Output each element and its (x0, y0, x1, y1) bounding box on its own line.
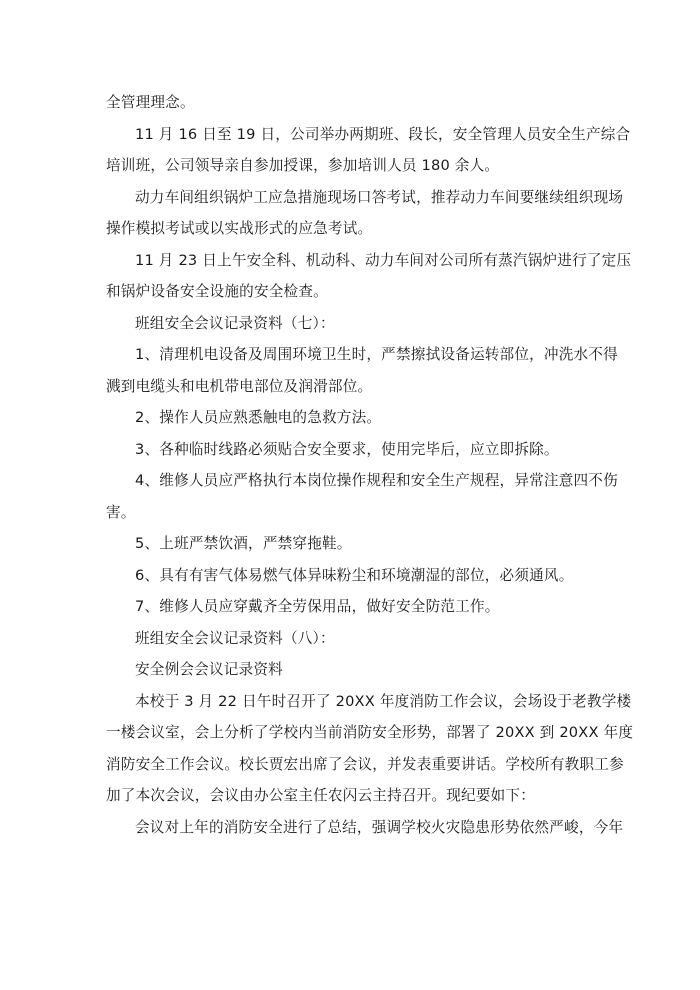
list-item: 7、维修人员应穿戴齐全劳保用品，做好安全防范工作。 (106, 593, 594, 625)
text-line: 害。 (106, 499, 594, 531)
text-line: 培训班，公司领导亲自参加授课，参加培训人员 180 余人。 (106, 152, 594, 184)
text-line: 和锅炉设备安全设施的安全检查。 (106, 278, 594, 310)
text-line: 11 月 16 日至 19 日，公司举办两期班、段长，安全管理人员安全生产综合 (106, 121, 594, 153)
text-line: 全管理理念。 (106, 89, 594, 121)
section-heading: 班组安全会议记录资料（八）： (106, 625, 594, 657)
text-line: 会议对上年的消防安全进行了总结，强调学校火灾隐患形势依然严峻，今年 (106, 814, 594, 846)
text-line: 溅到电缆头和电机带电部位及润滑部位。 (106, 373, 594, 405)
list-item: 5、上班严禁饮酒，严禁穿拖鞋。 (106, 530, 594, 562)
section-subheading: 安全例会会议记录资料 (106, 656, 594, 688)
text-line: 加了本次会议，会议由办公室主任农闪云主持召开。现纪要如下： (106, 782, 594, 814)
list-item: 6、具有有害气体易燃气体异味粉尘和环境潮湿的部位，必须通风。 (106, 562, 594, 594)
list-item: 2、操作人员应熟悉触电的急救方法。 (106, 404, 594, 436)
text-line: 本校于 3 月 22 日午时召开了 20XX 年度消防工作会议，会场设于老教学楼 (106, 688, 594, 720)
text-line: 动力车间组织锅炉工应急措施现场口答考试，推荐动力车间要继续组织现场 (106, 184, 594, 216)
list-item: 1、清理机电设备及周围环境卫生时，严禁擦拭设备运转部位，冲洗水不得 (106, 341, 594, 373)
document-page: 全管理理念。 11 月 16 日至 19 日，公司举办两期班、段长，安全管理人员… (106, 89, 594, 845)
list-item: 4、维修人员应严格执行本岗位操作规程和安全生产规程，异常注意四不伤 (106, 467, 594, 499)
text-line: 11 月 23 日上午安全科、机动科、动力车间对公司所有蒸汽锅炉进行了定压 (106, 247, 594, 279)
text-line: 消防安全工作会议。校长贾宏出席了会议，并发表重要讲话。学校所有教职工参 (106, 751, 594, 783)
text-line: 操作模拟考试或以实战形式的应急考试。 (106, 215, 594, 247)
section-heading: 班组安全会议记录资料（七）： (106, 310, 594, 342)
text-line: 一楼会议室，会上分析了学校内当前消防安全形势，部署了 20XX 到 20XX 年… (106, 719, 594, 751)
list-item: 3、各种临时线路必须贴合安全要求，使用完毕后，应立即拆除。 (106, 436, 594, 468)
